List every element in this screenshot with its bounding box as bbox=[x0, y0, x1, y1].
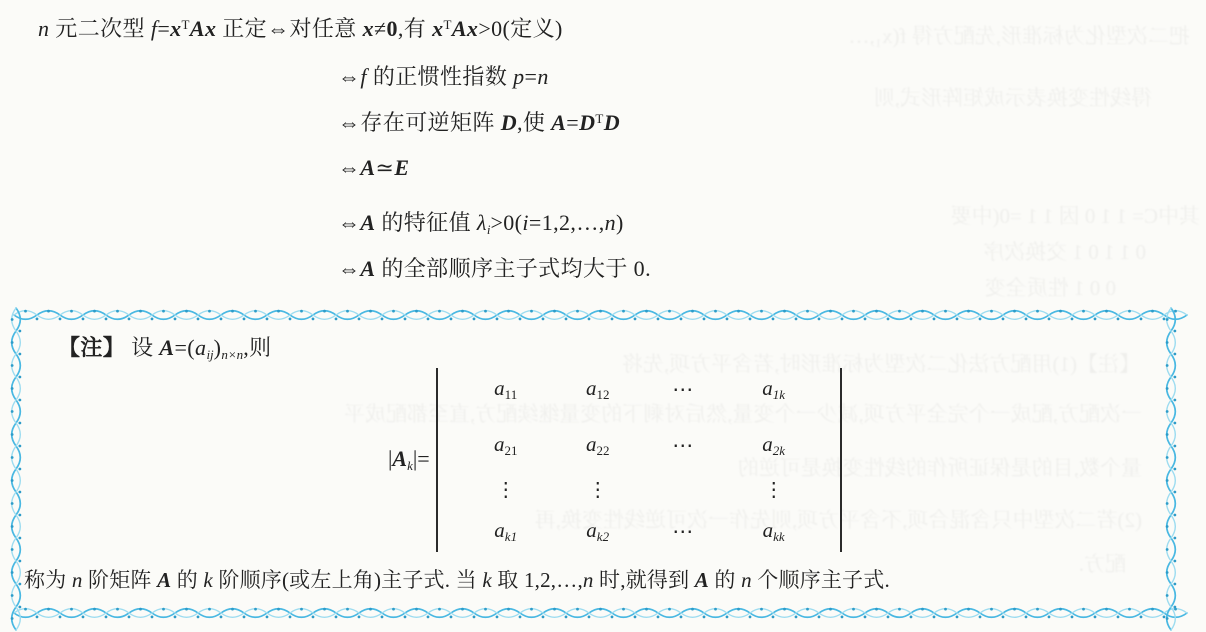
wavy-border-right bbox=[1158, 308, 1184, 620]
equivalence-line-principal-minors: ⇔A 的全部顺序主子式均大于 0. bbox=[338, 252, 651, 283]
bleedthrough-text: 把二次型化为标准形,先配方得 f(x₁,… bbox=[812, 20, 1190, 50]
matrix-cell: ⋯ bbox=[640, 519, 726, 544]
bleedthrough-text: 其中C= 1 1 0 因 1 1 =0(中要 bbox=[780, 200, 1200, 230]
equivalence-line-eigenvalues: ⇔A 的特征值 λi>0(i=1,2,…,n) bbox=[338, 206, 624, 238]
matrix-cell: ⋯ bbox=[640, 433, 726, 458]
theorem-statement-line: n 元二次型 f=xTAx 正定⇔对任意 x≠0,有 xTAx>0(定义) bbox=[38, 12, 563, 43]
matrix-cell: a2k bbox=[726, 432, 822, 459]
equivalence-line-invertible-matrix: ⇔存在可逆矩阵 D,使 A=DTD bbox=[338, 106, 620, 137]
matrix-cell: ⋮ bbox=[556, 477, 640, 502]
bleedthrough-text: 0 0 1 性质全变 bbox=[816, 272, 1116, 302]
determinant-formula: |Ak|= a11 a12 ⋯ a1k a21 a22 ⋯ a2k ⋮ ⋮ bbox=[388, 368, 842, 552]
matrix-cell: akk bbox=[726, 518, 822, 545]
bleedthrough-text: 0 1 1 0 1 交换次序 bbox=[816, 236, 1146, 266]
wavy-border-left bbox=[6, 308, 26, 620]
matrix-cell: a1k bbox=[726, 376, 822, 403]
determinant-matrix: a11 a12 ⋯ a1k a21 a22 ⋯ a2k ⋮ ⋮ ⋮ bbox=[436, 368, 842, 552]
matrix-cell: a12 bbox=[556, 376, 640, 403]
matrix-cell: ⋮ bbox=[456, 477, 556, 502]
note-closing-sentence: 称为 n 阶矩阵 A 的 k 阶顺序(或左上角)主子式. 当 k 取 1,2,…… bbox=[24, 564, 890, 594]
equivalence-line-inertia-index: ⇔f 的正惯性指数 p=n bbox=[338, 60, 549, 91]
matrix-cell: a11 bbox=[456, 376, 556, 403]
matrix-cell: ak1 bbox=[456, 518, 556, 545]
equivalence-line-congruent-identity: ⇔A≃E bbox=[338, 155, 409, 181]
matrix-cell: ⋮ bbox=[726, 477, 822, 502]
matrix-row: ⋮ ⋮ ⋮ bbox=[456, 472, 822, 506]
determinant-label: |Ak|= bbox=[388, 446, 430, 474]
matrix-cell: a21 bbox=[456, 432, 556, 459]
wavy-border-top bbox=[14, 306, 1184, 324]
matrix-row: ak1 ak2 ⋯ akk bbox=[456, 516, 822, 546]
note-box: 【注】 设 A=(aij)n×n,则 |Ak|= a11 a12 ⋯ a1k a… bbox=[6, 304, 1192, 626]
bleedthrough-text: 得线性变换表示成矩阵形式,则 bbox=[852, 82, 1152, 112]
textbook-page: 把二次型化为标准形,先配方得 f(x₁,… 得线性变换表示成矩阵形式,则 其中C… bbox=[0, 0, 1206, 632]
note-heading: 【注】 设 A=(aij)n×n,则 bbox=[58, 331, 272, 363]
wavy-border-bottom bbox=[14, 604, 1184, 622]
matrix-cell: ⋯ bbox=[640, 377, 726, 402]
matrix-row: a21 a22 ⋯ a2k bbox=[456, 430, 822, 460]
matrix-cell: a22 bbox=[556, 432, 640, 459]
matrix-row: a11 a12 ⋯ a1k bbox=[456, 374, 822, 404]
matrix-cell: ak2 bbox=[556, 518, 640, 545]
